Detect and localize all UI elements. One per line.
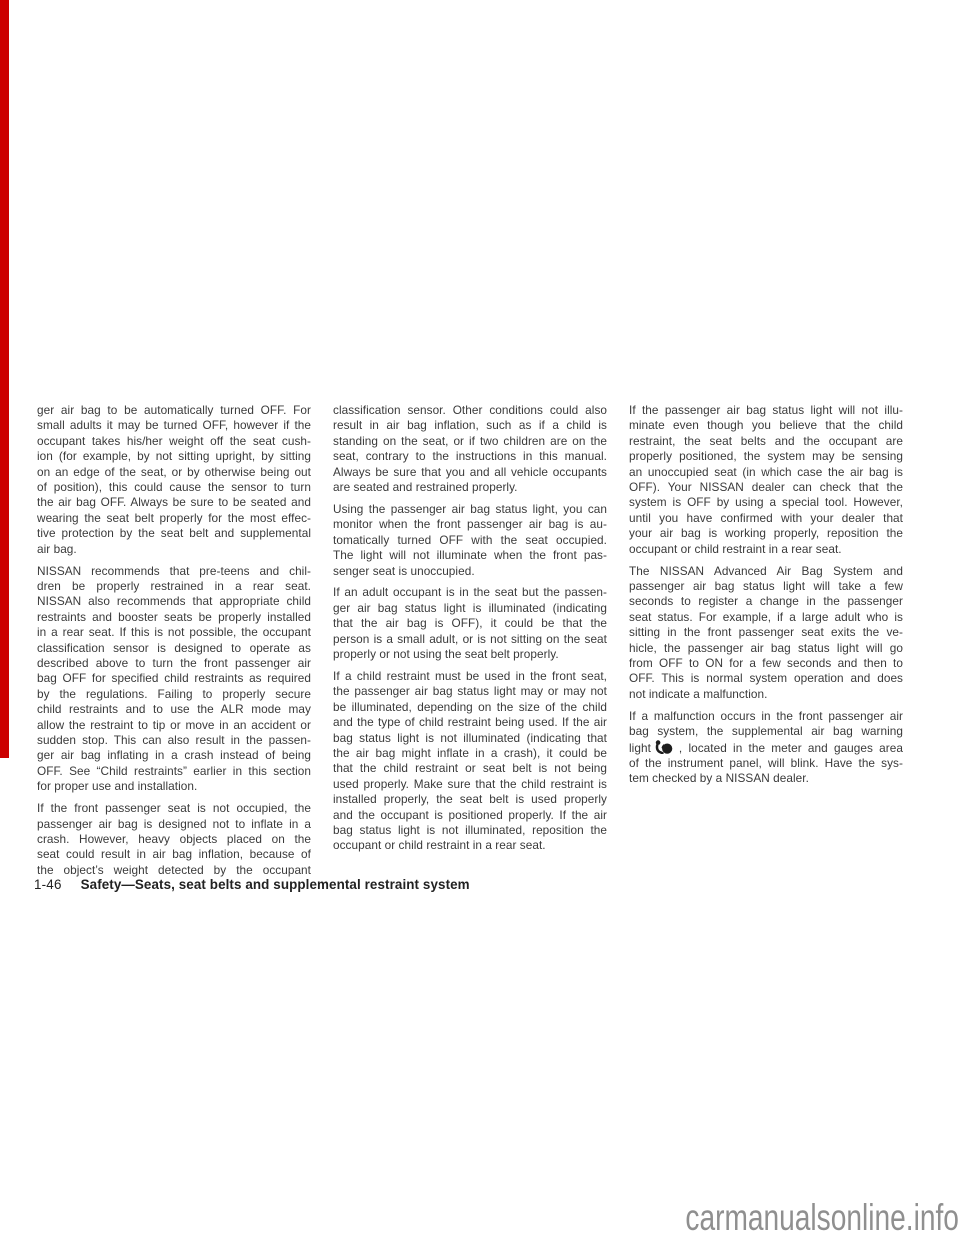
body-paragraph: If a child restraint must be used in the… [333, 669, 607, 854]
text-line: person is a small adult, or is not sitti… [333, 632, 607, 647]
text-line: bag status light is not illuminated, rep… [333, 823, 607, 838]
text-line: used properly. Make sure that the child … [333, 777, 607, 792]
text-line: occupant takes his/her weight off the se… [37, 434, 311, 449]
text-line: passenger air bag status light will take… [629, 579, 903, 594]
text-line: dren be properly restrained in a rear se… [37, 579, 311, 594]
body-paragraph: classification sensor. Other conditions … [333, 403, 607, 495]
text-column-2: classification sensor. Other conditions … [333, 403, 607, 885]
text-line: be illuminated, depending on the size of… [333, 700, 607, 715]
text-line: hicle, the passenger air bag status ligh… [629, 641, 903, 656]
text-line: NISSAN also recommends that appropriate … [37, 594, 311, 609]
text-line: standing on the seat, or if two children… [333, 434, 607, 449]
text-line: until you have confirmed with your deale… [629, 511, 903, 526]
text-line: seat, contrary to the instructions in th… [333, 449, 607, 464]
text-line: for proper use and installation. [37, 779, 311, 794]
manual-page: ger air bag to be automatically turned O… [0, 0, 960, 1242]
text-line: restraints and booster seats be properly… [37, 610, 311, 625]
body-paragraph: If an adult occupant is in the seat but … [333, 585, 607, 662]
text-line: the passenger air bag status light may o… [333, 684, 607, 699]
text-line: light, located in the meter and gauges a… [629, 740, 903, 756]
text-column-1: ger air bag to be automatically turned O… [37, 403, 311, 885]
text-line: Using the passenger air bag status light… [333, 502, 607, 517]
watermark: carmanualsonline.info [685, 1197, 959, 1239]
page-edge-red-strip [0, 0, 9, 758]
page-body: ger air bag to be automatically turned O… [37, 403, 903, 885]
body-paragraph: Using the passenger air bag status light… [333, 502, 607, 579]
text-line: seat could result in air bag inflation, … [37, 847, 311, 862]
page-footer: 1-46Safety—Seats, seat belts and supplem… [34, 877, 470, 892]
text-fragment: light [629, 741, 651, 755]
text-line: small adults it may be turned OFF, howev… [37, 418, 311, 433]
text-line: of the instrument panel, will blink. Hav… [629, 756, 903, 771]
body-paragraph: If the front passenger seat is not occup… [37, 801, 311, 878]
text-line: bag status light is not illuminated (ind… [333, 731, 607, 746]
text-line: and the occupant is positioned properly.… [333, 808, 607, 823]
text-line: sudden stop. This can also result in the… [37, 733, 311, 748]
text-line: ger air bag inflating in a crash instead… [37, 748, 311, 763]
text-line: sitting in the front passenger seat exit… [629, 625, 903, 640]
text-line: OFF). Your NISSAN dealer can check that … [629, 480, 903, 495]
text-line: installed properly, the seat belt is use… [333, 792, 607, 807]
text-line: senger seat is unoccupied. [333, 564, 607, 579]
text-line: The light will not illuminate when the f… [333, 548, 607, 563]
text-line: If a malfunction occurs in the front pas… [629, 709, 903, 724]
text-line: OFF. This is normal system operation and… [629, 671, 903, 686]
text-line: in a rear seat. If this is not possible,… [37, 625, 311, 640]
body-paragraph: If a malfunction occurs in the front pas… [629, 709, 903, 787]
text-line: tem checked by a NISSAN dealer. [629, 771, 903, 786]
text-line: bag system, the supplemental air bag war… [629, 724, 903, 739]
body-paragraph: The NISSAN Advanced Air Bag System andpa… [629, 564, 903, 703]
text-line: child restraints and to use the ALR mode… [37, 702, 311, 717]
text-line: OFF. See “Child restraints” earlier in t… [37, 764, 311, 779]
text-line: and the type of child restraint being us… [333, 715, 607, 730]
body-paragraph: If the passenger air bag status light wi… [629, 403, 903, 557]
body-paragraph: ger air bag to be automatically turned O… [37, 403, 311, 557]
text-line: ger air bag status light is illuminated … [333, 601, 607, 616]
text-line: tomatically turned OFF with the seat occ… [333, 533, 607, 548]
text-line: air bag. [37, 542, 311, 557]
text-line: on an edge of the seat, or by otherwise … [37, 465, 311, 480]
text-line: the air bag OFF. Always be sure to be se… [37, 495, 311, 510]
text-line: are seated and restrained properly. [333, 480, 607, 495]
text-line: by the regulations. Failing to properly … [37, 687, 311, 702]
footer-section-title: Safety—Seats, seat belts and supplementa… [81, 877, 470, 892]
text-line: an unoccupied seat (in which case the ai… [629, 465, 903, 480]
text-line: wearing the seat belt properly for the m… [37, 511, 311, 526]
text-line: If the front passenger seat is not occup… [37, 801, 311, 816]
text-line: from OFF to ON for a few seconds and the… [629, 656, 903, 671]
text-line: ion (for example, by not sitting upright… [37, 449, 311, 464]
text-line: described above to turn the front passen… [37, 656, 311, 671]
text-fragment: , located in the meter and gauges area [679, 741, 903, 755]
text-line: NISSAN recommends that pre-teens and chi… [37, 564, 311, 579]
text-line: result in air bag inflation, such as if … [333, 418, 607, 433]
text-line: properly positioned, the system may be s… [629, 449, 903, 464]
text-line: If an adult occupant is in the seat but … [333, 585, 607, 600]
text-line: bag OFF for specified child restraints a… [37, 671, 311, 686]
text-line: passenger air bag is designed not to inf… [37, 817, 311, 832]
text-line: Always be sure that you and all vehicle … [333, 465, 607, 480]
text-line: ger air bag to be automatically turned O… [37, 403, 311, 418]
text-line: your air bag is working properly, reposi… [629, 526, 903, 541]
text-line: tive protection by the seat belt and sup… [37, 526, 311, 541]
text-line: of position), this could cause the senso… [37, 480, 311, 495]
text-line: occupant or child restraint in a rear se… [629, 542, 903, 557]
text-line: the object’s weight detected by the occu… [37, 863, 311, 878]
page-number: 1-46 [34, 877, 62, 892]
text-line: that the air bag is OFF), it could be th… [333, 616, 607, 631]
text-line: the air bag might inflate in a crash), i… [333, 746, 607, 761]
text-line: system is OFF by using a special tool. H… [629, 495, 903, 510]
text-line: seconds to register a change in the pass… [629, 594, 903, 609]
text-line: minate even though you believe that the … [629, 418, 903, 433]
text-line: classification sensor. Other conditions … [333, 403, 607, 418]
text-line: restraint, the seat belts and the occupa… [629, 434, 903, 449]
body-paragraph: NISSAN recommends that pre-teens and chi… [37, 564, 311, 795]
airbag-warning-light-icon [654, 740, 673, 754]
text-line: not indicate a malfunction. [629, 687, 903, 702]
text-line: seat status. For example, if a large adu… [629, 610, 903, 625]
text-line: properly or not using the seat belt prop… [333, 647, 607, 662]
text-line: occupant or child restraint in a rear se… [333, 838, 607, 853]
text-line: The NISSAN Advanced Air Bag System and [629, 564, 903, 579]
text-line: classification sensor is designed to ope… [37, 641, 311, 656]
text-column-3: If the passenger air bag status light wi… [629, 403, 903, 885]
text-line: allow the restraint to tip or move in an… [37, 718, 311, 733]
text-line: If a child restraint must be used in the… [333, 669, 607, 684]
text-line: that the child restraint or seat belt is… [333, 761, 607, 776]
text-line: monitor when the front passenger air bag… [333, 517, 607, 532]
text-line: If the passenger air bag status light wi… [629, 403, 903, 418]
text-line: crash. However, heavy objects placed on … [37, 832, 311, 847]
